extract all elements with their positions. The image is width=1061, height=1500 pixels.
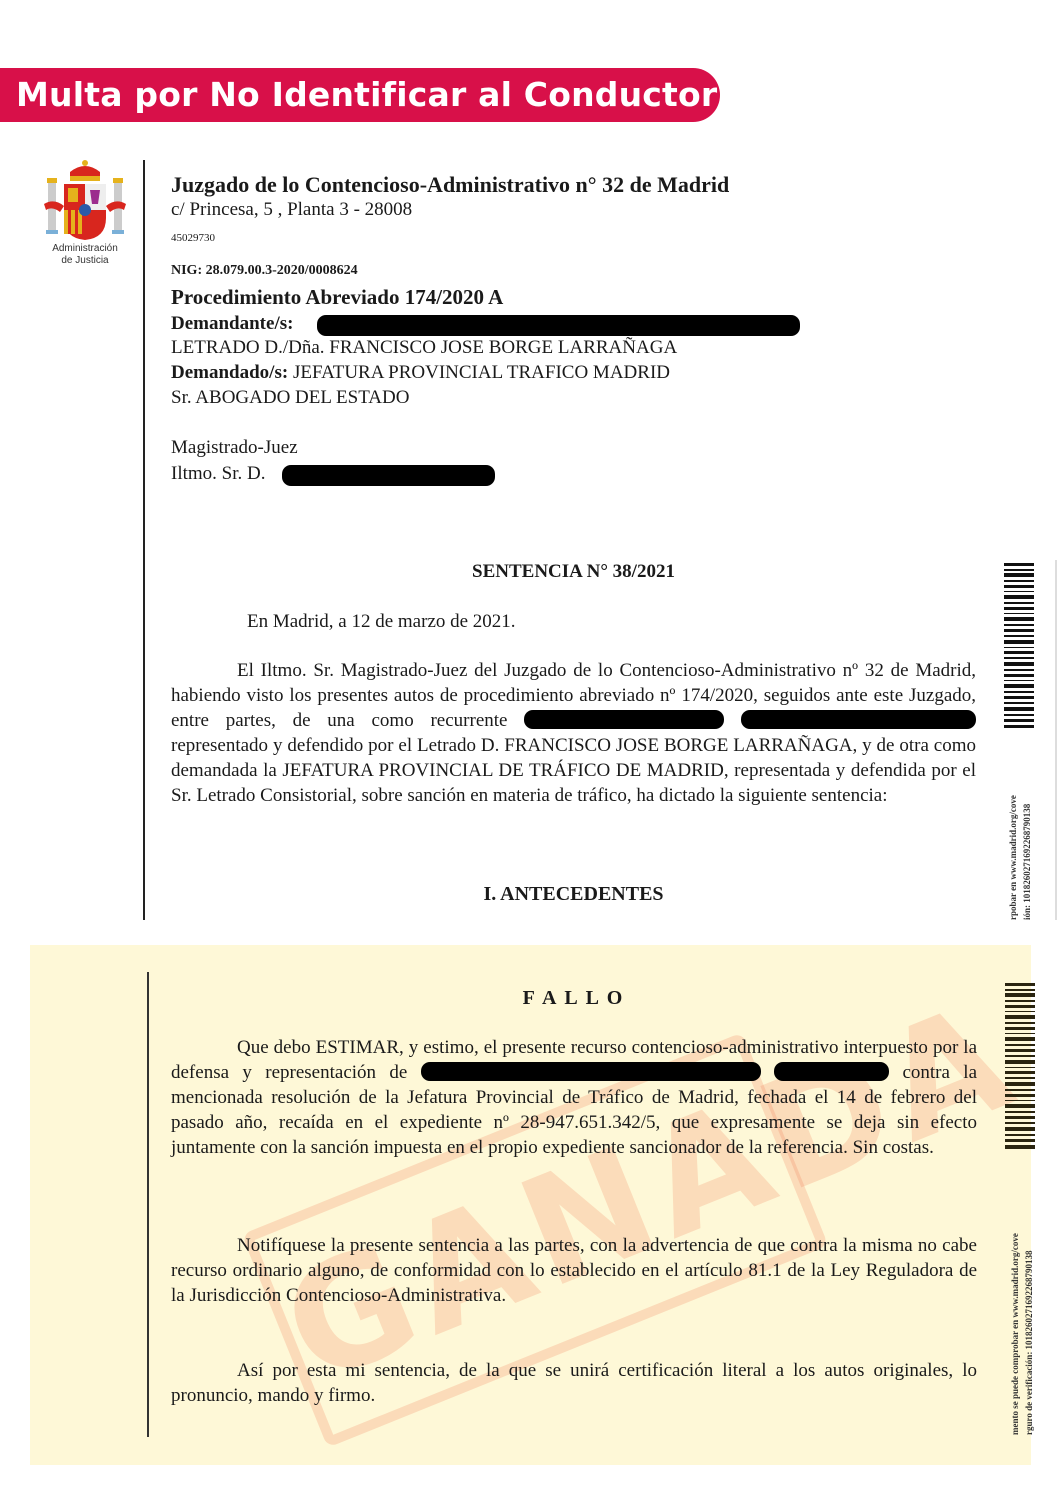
margin-rule bbox=[143, 160, 145, 920]
sentence-date: En Madrid, a 12 de marzo de 2021. bbox=[247, 611, 516, 633]
lawyer-line: LETRADO D./Dña. FRANCISCO JOSE BORGE LAR… bbox=[171, 337, 677, 359]
sentence-intro: El Iltmo. Sr. Magistrado-Juez del Juzgad… bbox=[171, 658, 976, 808]
procedure-number: Procedimiento Abreviado 174/2020 A bbox=[171, 285, 503, 310]
logo-caption: Administración de Justicia bbox=[38, 243, 132, 267]
page-edge bbox=[1055, 560, 1057, 920]
verification-url-top: rpobar en www.madrid.org/cove bbox=[1008, 740, 1018, 920]
redacted-party-cont bbox=[774, 1062, 889, 1081]
judge-title: Magistrado-Juez bbox=[171, 437, 298, 459]
verification-code-top: ión: 1018260271692268790138 bbox=[1022, 740, 1032, 920]
fallo-title: F A L L O bbox=[171, 987, 976, 1010]
page-banner-title: Multa por No Identificar al Conductor bbox=[0, 68, 720, 122]
fallo-paragraph-2: Notifíquese la presente sentencia a las … bbox=[171, 1233, 977, 1308]
nig-number: NIG: 28.079.00.3-2020/0008624 bbox=[171, 263, 358, 279]
verification-url-bottom: mento se puede comprobar en www.madrid.o… bbox=[1010, 1160, 1020, 1435]
judge-prefix: Iltmo. Sr. D. bbox=[171, 463, 265, 485]
plaintiff-label: Demandante/s: bbox=[171, 313, 293, 334]
court-address: c/ Princesa, 5 , Planta 3 - 28008 bbox=[171, 199, 412, 221]
barcode-icon bbox=[1004, 563, 1034, 728]
redacted-party bbox=[421, 1062, 761, 1081]
redacted-appellant-cont bbox=[741, 710, 976, 729]
barcode-icon-2 bbox=[1005, 983, 1035, 1153]
defendant-label: Demandado/s: bbox=[171, 362, 288, 383]
fallo-paragraph-3: Así por esta mi sentencia, de la que se … bbox=[171, 1358, 977, 1408]
court-code: 45029730 bbox=[171, 232, 215, 244]
court-name: Juzgado de lo Contencioso-Administrativo… bbox=[171, 172, 729, 198]
fallo-paragraph-1: Que debo ESTIMAR, y estimo, el presente … bbox=[171, 1035, 977, 1160]
redacted-judge bbox=[282, 465, 495, 486]
plaintiff-row: Demandante/s: bbox=[171, 313, 293, 335]
redacted-plaintiff bbox=[317, 315, 800, 336]
margin-rule-2 bbox=[147, 972, 149, 1437]
sentence-title: SENTENCIA N° 38/2021 bbox=[171, 561, 976, 583]
defendant-row: Demandado/s: JEFATURA PROVINCIAL TRAFICO… bbox=[171, 362, 670, 384]
defendant-name: JEFATURA PROVINCIAL TRAFICO MADRID bbox=[288, 362, 670, 383]
redacted-appellant bbox=[524, 710, 724, 729]
section-heading: I. ANTECEDENTES bbox=[171, 883, 976, 906]
state-lawyer: Sr. ABOGADO DEL ESTADO bbox=[171, 387, 409, 409]
verification-code-bottom: rguro de verificación: 10182602716922687… bbox=[1024, 1160, 1034, 1435]
